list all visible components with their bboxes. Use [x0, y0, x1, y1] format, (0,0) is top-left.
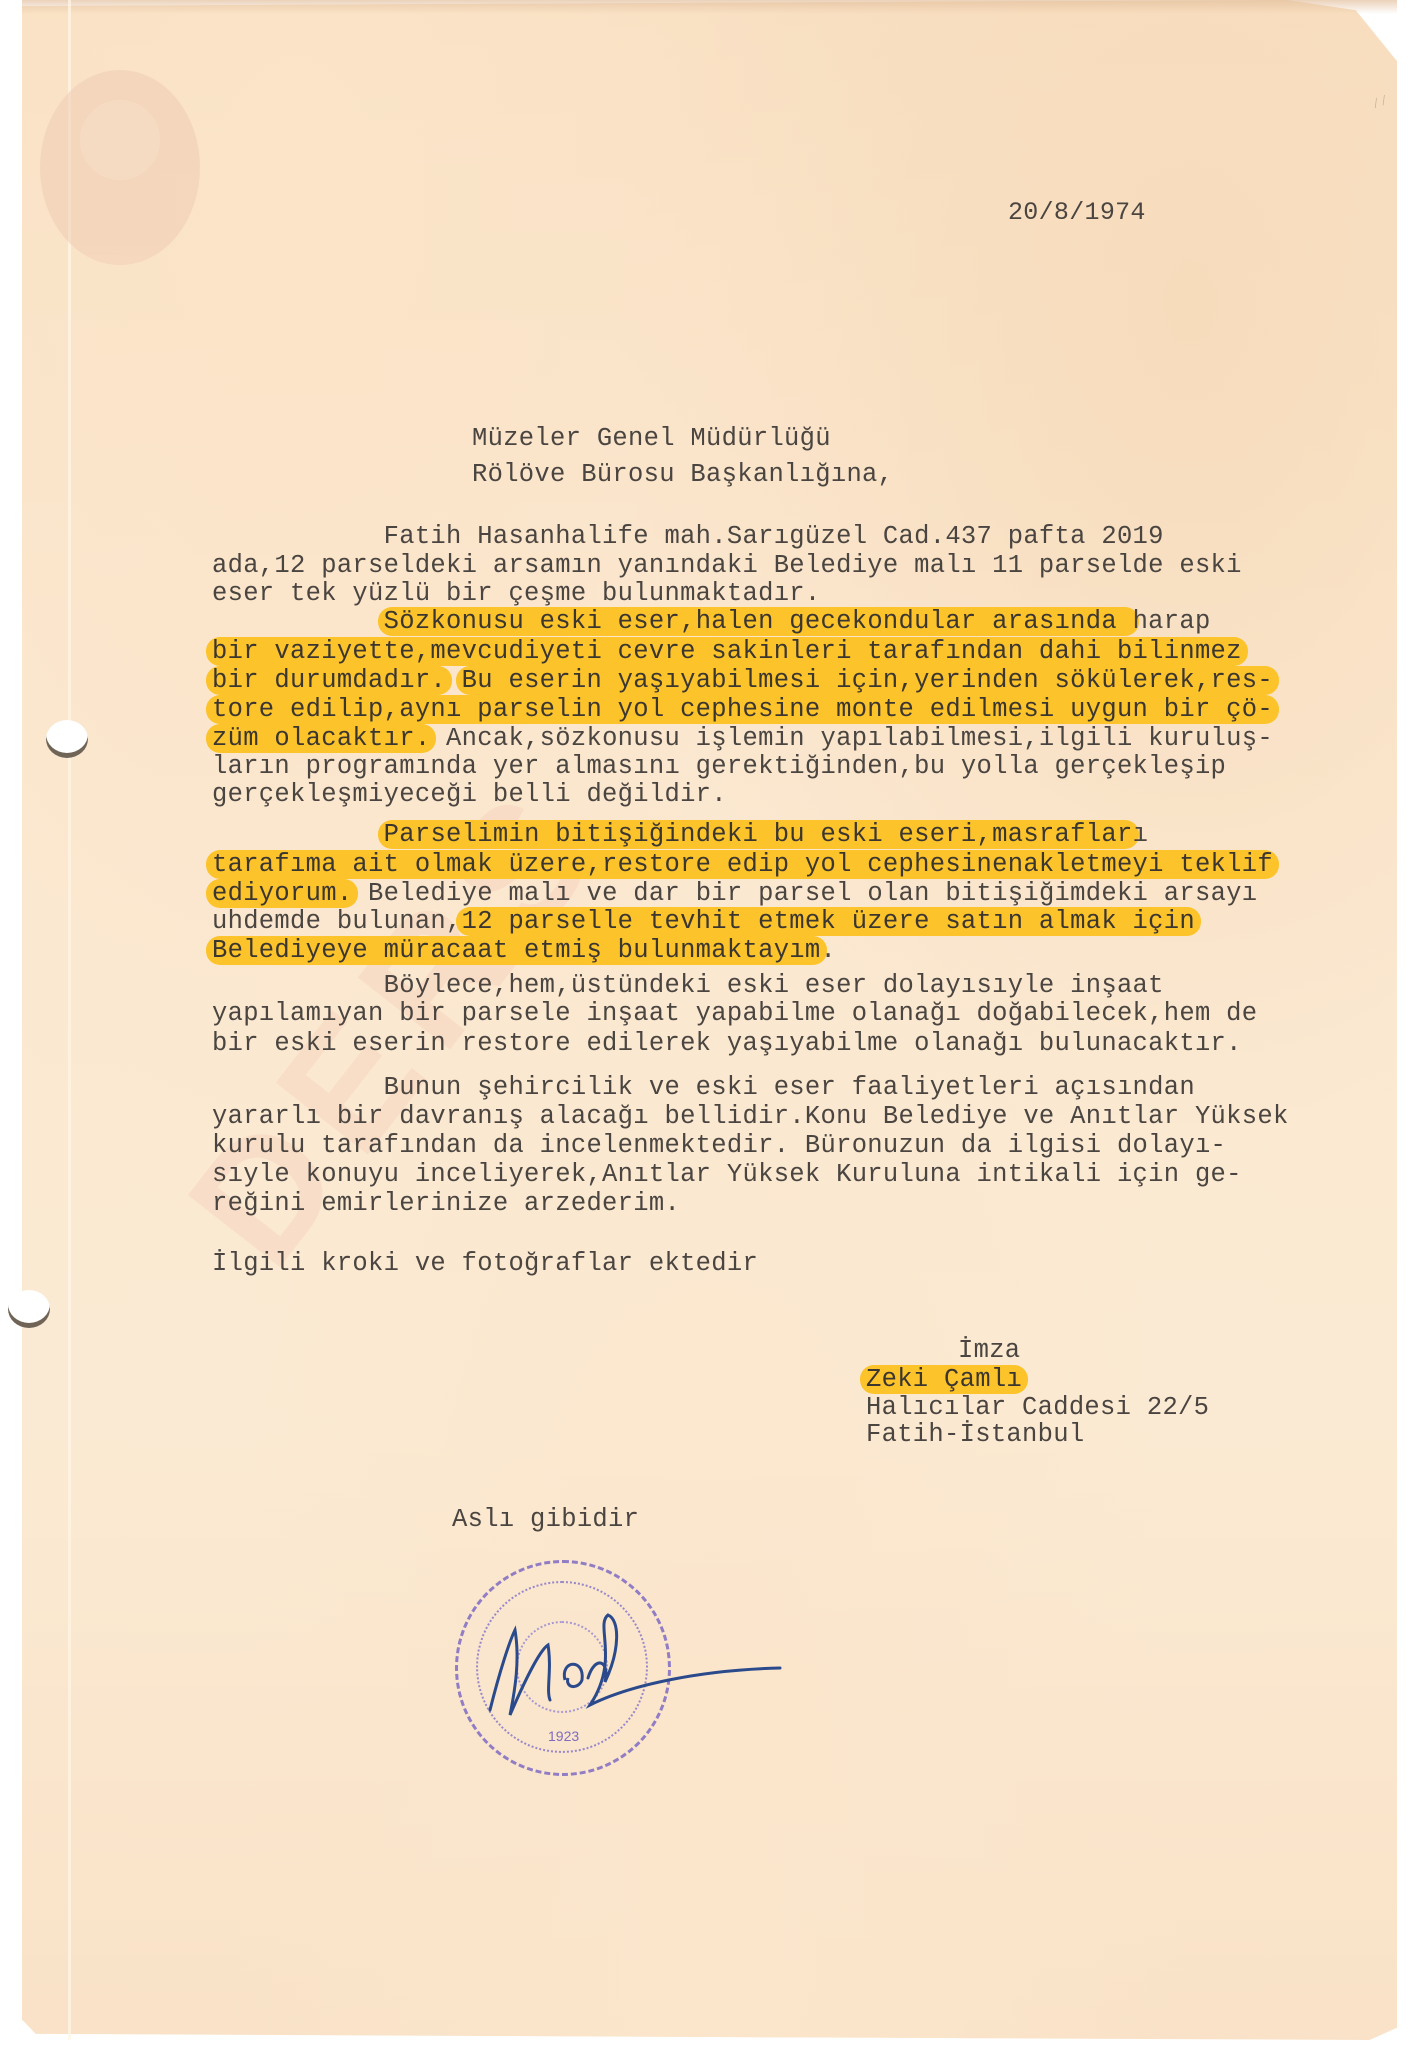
body-line: Fatih Hasanhalife mah.Sarıgüzel Cad.437 … [212, 522, 1164, 551]
body-line: tore edilip,aynı parselin yol cephesine … [212, 695, 1273, 724]
highlighted-text: bir vaziyette,mevcudiyeti cevre sakinler… [206, 637, 1248, 666]
highlighted-text: Bu eserin yaşıyabilmesi için,yerinden sö… [456, 666, 1279, 695]
certification-text: Aslı gibidir [452, 1505, 639, 1534]
body-line: ediyorum. Belediye malı ve dar bir parse… [212, 879, 1257, 908]
punch-hole-bottom [8, 1290, 50, 1328]
stamp-number: 1923 [548, 1728, 579, 1744]
highlighted-text: tarafıma ait olmak üzere,restore edip yo… [206, 850, 1279, 879]
body-line: reğini emirlerinize arzederim. [212, 1189, 680, 1218]
highlighted-text: ediyorum. [206, 879, 358, 908]
addressee-line-1: Müzeler Genel Müdürlüğü [472, 424, 831, 453]
body-line: bir eski eserin restore edilerek yaşıyab… [212, 1029, 1242, 1058]
body-line: yapılamıyan bir parsele inşaat yapabilme… [212, 999, 1257, 1028]
paper-watermark-seal [40, 70, 200, 265]
body-line: kurulu tarafından da incelenmektedir. Bü… [212, 1131, 1226, 1160]
highlighted-text: tore edilip,aynı parselin yol cephesine … [206, 695, 1279, 724]
body-line: bir vaziyette,mevcudiyeti cevre sakinler… [212, 637, 1242, 666]
highlighted-text: züm olacaktır. [206, 724, 436, 753]
body-line: yararlı bir davranış alacağı bellidir.Ko… [212, 1102, 1289, 1131]
signer-name-highlight: Zeki Çamlı [860, 1365, 1028, 1394]
attachments-note: İlgili kroki ve fotoğraflar ektedir [212, 1249, 758, 1278]
body-line: ada,12 parseldeki arsamın yanındaki Bele… [212, 551, 1242, 580]
body-line: bir durumdadır. Bu eserin yaşıyabilmesi … [212, 666, 1273, 695]
punch-hole-top [46, 720, 88, 758]
signer-name: Zeki Çamlı [866, 1365, 1022, 1394]
highlighted-text: Sözkonusu eski eser,halen gecekondular a… [378, 607, 1139, 636]
body-line: tarafıma ait olmak üzere,restore edip yo… [212, 850, 1273, 879]
letter-date: 20/8/1974 [1008, 198, 1146, 227]
signer-address-line-1: Halıcılar Caddesi 22/5 [866, 1393, 1209, 1422]
body-line: Belediyeye müracaat etmiş bulunmaktayım. [212, 936, 836, 965]
body-line: Parselimin bitişiğindeki bu eski eseri,m… [212, 820, 1148, 849]
body-line: ların programında yer almasını gerektiği… [212, 752, 1226, 781]
highlighted-text: bir durumdadır. [206, 666, 452, 695]
body-line: gerçekleşmiyeceği belli değildir. [212, 780, 727, 809]
body-line: Sözkonusu eski eser,halen gecekondular a… [212, 607, 1211, 636]
body-line: uhdemde bulunan,12 parselle tevhit etmek… [212, 907, 1195, 936]
highlighted-text: 12 parselle tevhit etmek üzere satın alm… [456, 907, 1201, 936]
body-line: Böylece,hem,üstündeki eski eser dolayısı… [212, 971, 1164, 1000]
handwritten-signature [470, 1590, 790, 1730]
body-line: sıyle konuyu inceliyerek,Anıtlar Yüksek … [212, 1160, 1242, 1189]
signature-label: İmza [958, 1336, 1020, 1365]
body-line: eser tek yüzlü bir çeşme bulunmaktadır. [212, 579, 821, 608]
paper-top-edge [22, 0, 1397, 14]
paper-fold-line [68, 0, 71, 2040]
body-line: Bunun şehircilik ve eski eser faaliyetle… [212, 1073, 1195, 1102]
highlighted-text: Parselimin bitişiğindeki bu eski eseri,m… [378, 820, 1139, 849]
signer-address-line-2: Fatih-İstanbul [866, 1420, 1084, 1449]
highlighted-text: Belediyeye müracaat etmiş bulunmaktayım [206, 936, 827, 965]
addressee-line-2: Rölöve Bürosu Başkanlığına, [472, 460, 893, 489]
body-line: züm olacaktır. Ancak,sözkonusu işlemin y… [212, 724, 1273, 753]
